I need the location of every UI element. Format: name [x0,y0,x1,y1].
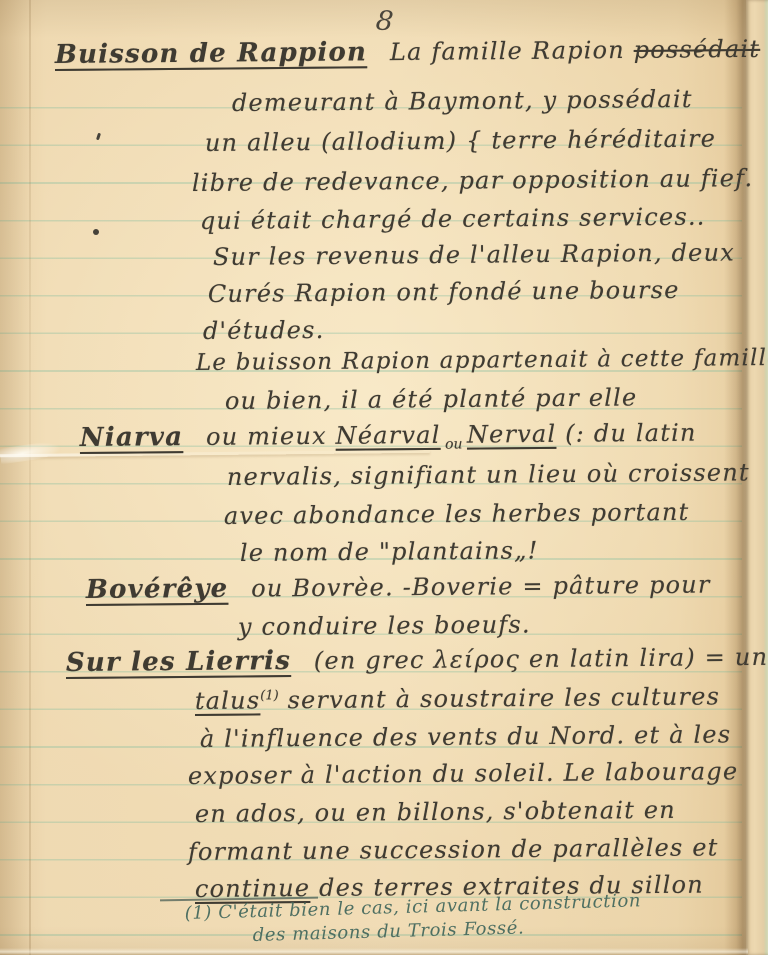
text-segment: (1) [260,688,279,703]
left-edge-tear [0,440,65,465]
entry-headword: Sur les Lierris [66,646,305,678]
text-segment: Curés Rapion ont fondé une bourse [208,276,680,308]
left-crease [29,0,31,955]
text-segment: ou bien, il a été planté par elle [225,383,638,415]
manuscript-line: qui était chargé de certains services.. [200,203,706,235]
manuscript-line: y conduire les boeufs. [238,610,531,641]
text-segment: un alleu (allodium) { terre héréditaire [205,125,716,157]
manuscript-line: Bovérêye ou Bovrèe. -Boverie = pâture po… [86,570,711,605]
text-segment: continue [195,874,311,903]
entry-headword: Buisson de Rappion [55,37,381,70]
manuscript-line: Sur les revenus de l'alleu Rapion, deux [213,238,735,271]
manuscript-page: 8 Buisson de Rappion La famille Rapion p… [0,0,768,955]
text-segment: nervalis, signifiant un lieu où croissen… [227,458,750,491]
manuscript-line: Sur les Lierris (en grec λείρος en latin… [66,642,768,678]
text-segment: y conduire les boeufs. [238,610,531,641]
manuscript-line: ou bien, il a été planté par elle [225,383,638,415]
manuscript-line: talus(1) servant à soustraire les cultur… [195,682,720,715]
text-segment: ou mieux [197,422,336,451]
text-segment: talus [195,686,261,715]
text-segment: (: du latin [556,419,697,448]
text-segment: avec abondance les herbes portant [224,498,690,530]
text-segment: exposer à l'action du soleil. Le laboura… [188,757,739,790]
text-segment: qui était chargé de certains services.. [200,203,706,235]
manuscript-line: le nom de "plantains„! [240,536,539,567]
text-segment: Nerval [467,420,557,449]
text-segment: La famille Rapion [381,36,634,66]
text-segment: (en grec λείρος en latin lira) = un [305,643,768,675]
manuscript-line: un alleu (allodium) { terre héréditaire [205,125,716,157]
ink-speck [96,133,101,141]
text-segment: des maisons du Trois Fossé. [252,917,524,946]
text-segment: ou Bovrèe. -Boverie = pâture pour [242,571,710,603]
manuscript-line: Niarva ou mieux Néarval ou Nerval (: du … [80,418,697,456]
text-segment: en ados, ou en billons, s'obtenait en [195,796,676,828]
manuscript-line: avec abondance les herbes portant [224,498,690,530]
bottom-page-edge [0,948,748,955]
text-segment: Le buisson Rapion appartenait à cette fa… [196,345,768,376]
manuscript-line: Le buisson Rapion appartenait à cette fa… [196,345,768,376]
manuscript-line: demeurant à Baymont, y possédait [232,85,693,117]
text-segment: d'études. [203,316,325,345]
entry-headword: Niarva [80,422,198,453]
text-segment: possédait [634,35,761,64]
manuscript-line: exposer à l'action du soleil. Le laboura… [188,757,739,790]
manuscript-line: à l'influence des vents du Nord. et à le… [200,720,732,753]
text-segment: le nom de "plantains„! [240,536,539,567]
text-segment: à l'influence des vents du Nord. et à le… [200,720,732,753]
text-segment: ou [441,436,467,452]
entry-headword: Bovérêye [86,574,243,605]
manuscript-line: formant une succession de parallèles et [188,833,719,866]
manuscript-line: d'études. [203,316,325,345]
footnote-line: des maisons du Trois Fossé. [252,917,524,946]
ink-speck [93,229,99,235]
text-segment: libre de redevance, par opposition au fi… [192,164,754,197]
text-segment: formant une succession de parallèles et [188,833,719,866]
manuscript-line: Buisson de Rappion La famille Rapion pos… [55,34,761,70]
manuscript-line: en ados, ou en billons, s'obtenait en [195,796,676,828]
manuscript-line: Curés Rapion ont fondé une bourse [208,276,680,308]
text-segment: demeurant à Baymont, y possédait [232,85,693,117]
text-segment: Néarval [335,421,440,450]
text-segment: servant à soustraire les cultures [279,682,721,714]
text-segment: Sur les revenus de l'alleu Rapion, deux [213,238,735,271]
manuscript-line: libre de redevance, par opposition au fi… [192,164,754,197]
manuscript-line: nervalis, signifiant un lieu où croissen… [227,458,750,491]
page-number: 8 [374,5,395,38]
